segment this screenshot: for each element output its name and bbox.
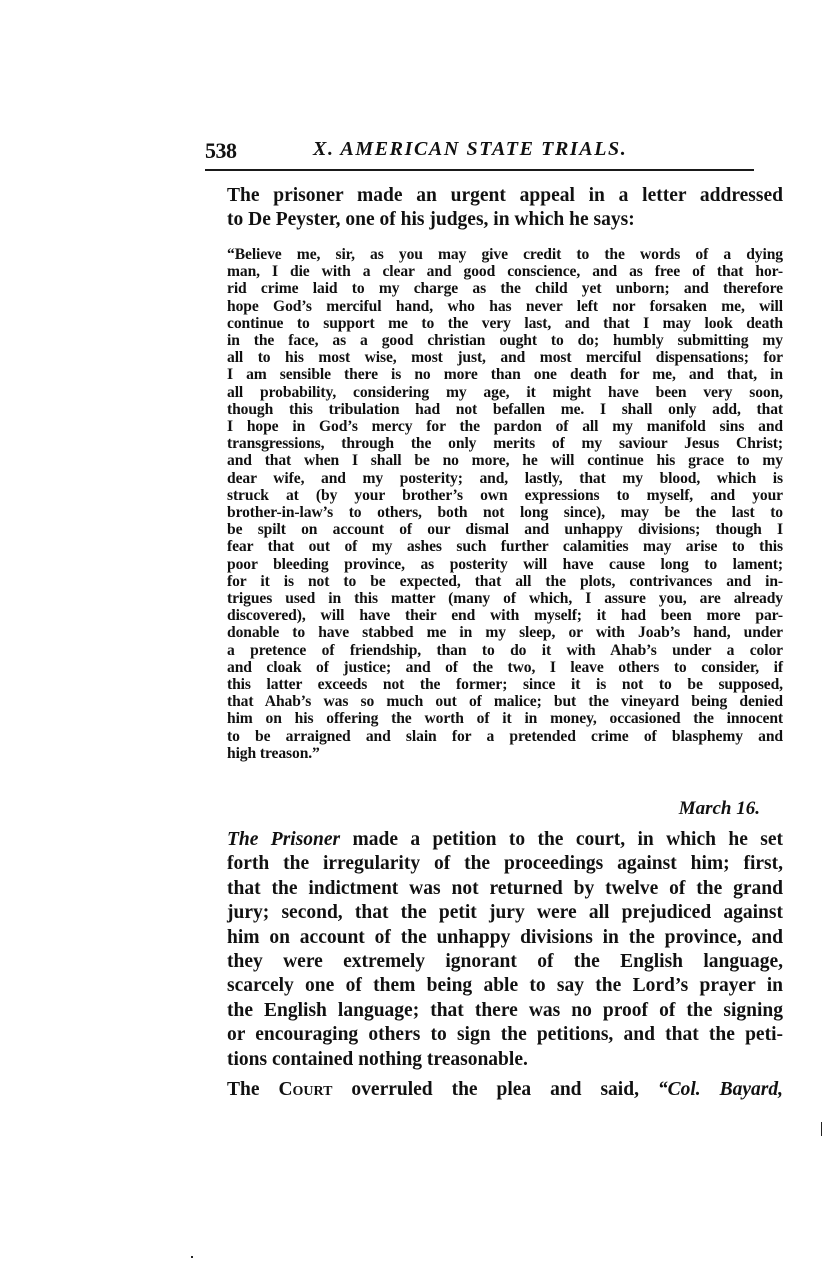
quote-line: in the face, as a good christian ought t… xyxy=(205,332,783,349)
court-paragraph: The Court overruled the plea and said, “… xyxy=(205,1078,783,1102)
text-fragment: The xyxy=(227,1079,278,1100)
quote-line: poor bleeding province, as posterity wil… xyxy=(205,556,783,573)
quote-line: fear that out of my ashes such further c… xyxy=(205,538,783,555)
quote-line: I am sensible there is no more than one … xyxy=(205,366,783,383)
quote-line: to be arraigned and slain for a pretende… xyxy=(205,728,783,745)
petition-paragraph: The Prisoner made a petition to the cour… xyxy=(205,828,783,1072)
quote-line: him on his offering the worth of it in m… xyxy=(205,710,783,727)
quote-line: discovered), will have their end with my… xyxy=(205,607,783,624)
quote-line: hope God’s merciful hand, who has never … xyxy=(205,298,783,315)
header-rule xyxy=(205,169,754,171)
quote-line: be spilt on account of our dismal and un… xyxy=(205,521,783,538)
text-fragment: overruled the plea and said, xyxy=(332,1079,657,1100)
quote-line: and that when I shall be no more, he wil… xyxy=(205,452,783,469)
text-line: him on account of the unhappy divisions … xyxy=(205,926,783,950)
quote-line: for it is not to be expected, that all t… xyxy=(205,573,783,590)
quote-line: struck at (by your brother’s own express… xyxy=(205,487,783,504)
quote-line: transgressions, through the only merits … xyxy=(205,435,783,452)
quote-line: that Ahab’s was so much out of malice; b… xyxy=(205,693,783,710)
text-line: they were extremely ignorant of the Engl… xyxy=(205,950,783,974)
page-number: 538 xyxy=(205,138,237,164)
text-line: to De Peyster, one of his judges, in whi… xyxy=(205,208,783,232)
quote-line: rid crime laid to my charge as the child… xyxy=(205,280,783,297)
book-page: 538 X. AMERICAN STATE TRIALS. The prison… xyxy=(0,0,836,1284)
quote-line: dear wife, and my posterity; and, lastly… xyxy=(205,470,783,487)
quote-line: “Believe me, sir, as you may give credit… xyxy=(205,246,783,263)
quote-line: a pretence of friendship, than to do it … xyxy=(205,642,783,659)
text-fragment: made a petition to the court, in which h… xyxy=(340,829,783,850)
text-line: the English language; that there was no … xyxy=(205,999,783,1023)
quote-line: all probability, considering my age, it … xyxy=(205,384,783,401)
quote-line: donable to have stabbed me in my sleep, … xyxy=(205,624,783,641)
speaker-name: Court xyxy=(278,1079,332,1100)
text-line: forth the irregularity of the proceeding… xyxy=(205,852,783,876)
text-line: The Prisoner made a petition to the cour… xyxy=(205,828,783,852)
text-line: The Court overruled the plea and said, “… xyxy=(205,1078,783,1102)
text-line: scarcely one of them being able to say t… xyxy=(205,974,783,998)
quote-line: I hope in God’s mercy for the pardon of … xyxy=(205,418,783,435)
intro-paragraph: The prisoner made an urgent appeal in a … xyxy=(205,184,783,232)
quote-line: continue to support me to the very last,… xyxy=(205,315,783,332)
scan-artifact-mark xyxy=(821,1122,822,1136)
quote-line: trigues used in this matter (many of whi… xyxy=(205,590,783,607)
quote-line: and cloak of justice; and of the two, I … xyxy=(205,659,783,676)
quote-line: high treason.” xyxy=(205,745,783,762)
text-line: The prisoner made an urgent appeal in a … xyxy=(205,184,783,208)
quote-line: all to his most wise, most just, and mos… xyxy=(205,349,783,366)
quote-line: though this tribulation had not befallen… xyxy=(205,401,783,418)
quote-line: this latter exceeds not the former; sinc… xyxy=(205,676,783,693)
text-line: that the indictment was not returned by … xyxy=(205,877,783,901)
running-head: 538 X. AMERICAN STATE TRIALS. xyxy=(205,138,757,168)
quote-start: “Col. Bayard, xyxy=(658,1079,783,1100)
scan-artifact-dot xyxy=(191,1256,193,1258)
speaker-name: The Prisoner xyxy=(227,829,340,850)
text-line: or encouraging others to sign the petiti… xyxy=(205,1023,783,1047)
quote-line: man, I die with a clear and good conscie… xyxy=(205,263,783,280)
text-line: jury; second, that the petit jury were a… xyxy=(205,901,783,925)
letter-quotation: “Believe me, sir, as you may give credit… xyxy=(205,246,783,762)
quote-line: brother-in-law’s to others, both not lon… xyxy=(205,504,783,521)
dateline: March 16. xyxy=(679,798,760,820)
text-line: tions contained nothing treasonable. xyxy=(205,1048,783,1072)
running-title: X. AMERICAN STATE TRIALS. xyxy=(313,138,627,161)
